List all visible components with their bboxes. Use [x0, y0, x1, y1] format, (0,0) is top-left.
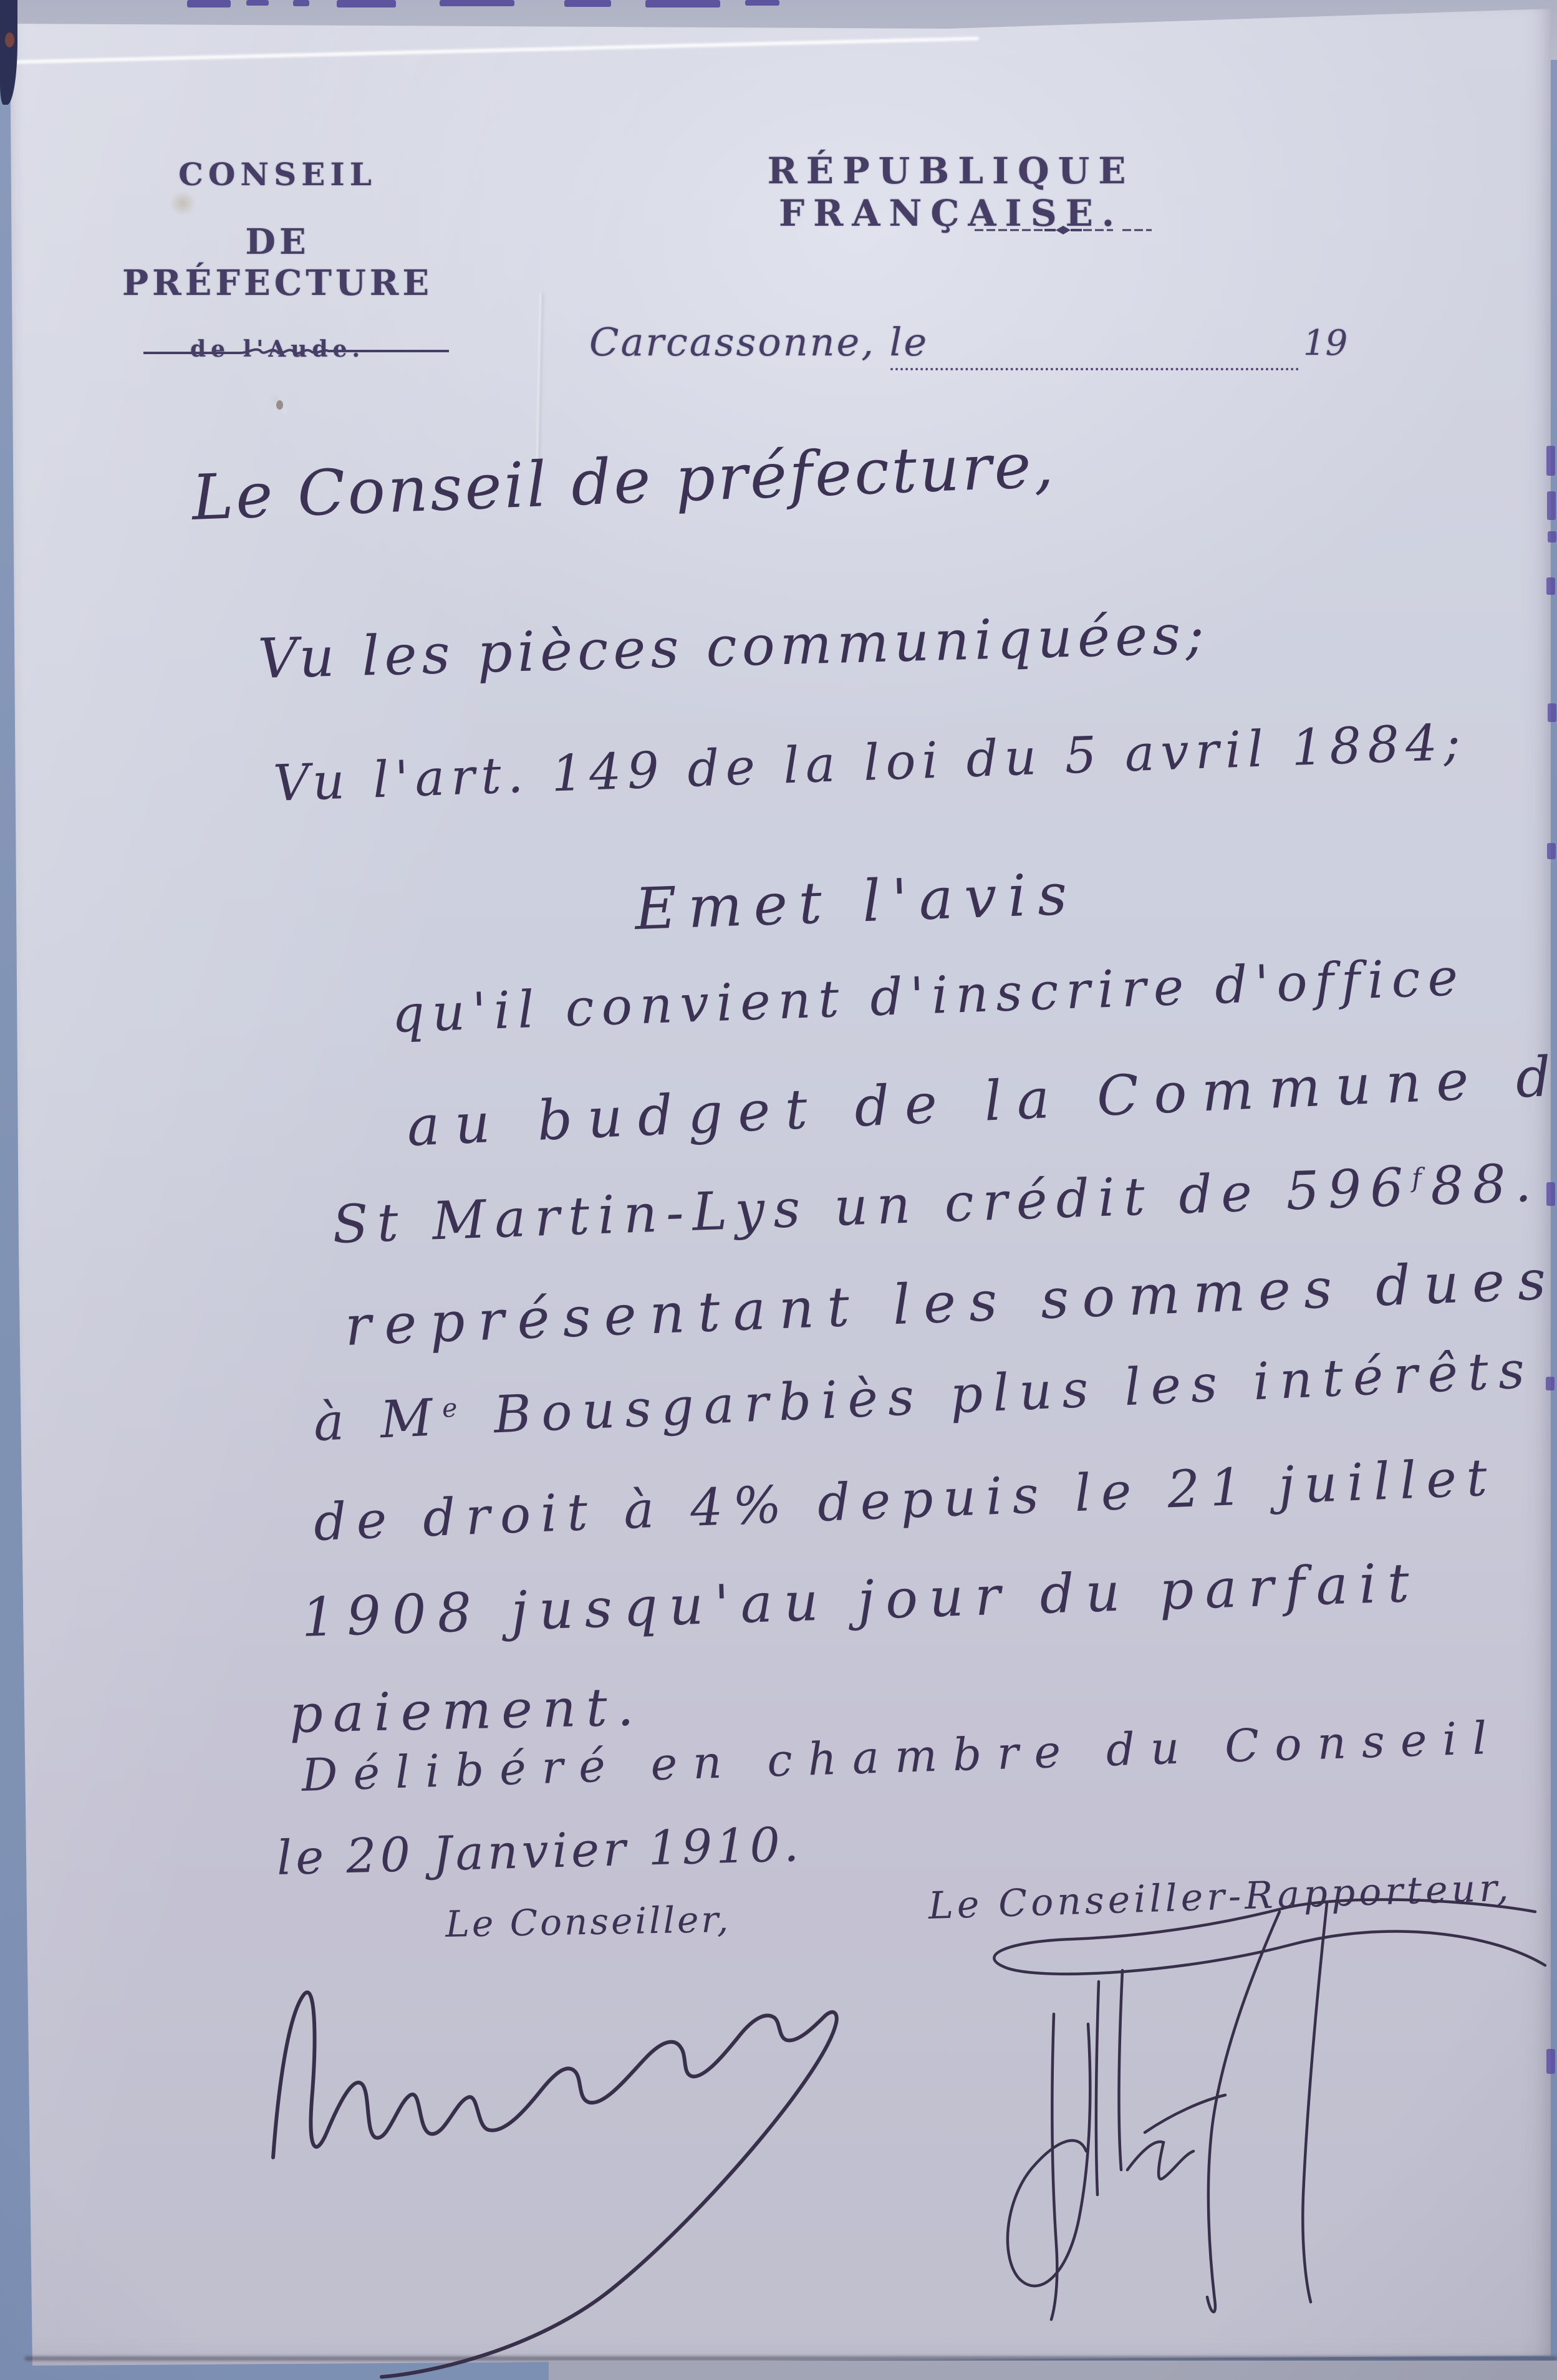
cutoff-print-fragment [293, 0, 309, 6]
dateline-dotted-rule [890, 335, 1299, 370]
cutoff-print-fragment [745, 0, 779, 6]
dateline-city-label: Carcassonne, le [589, 319, 928, 365]
cutoff-print-fragment [564, 0, 611, 7]
dateline-year-prefix: 19 [1303, 323, 1347, 364]
letterhead-republic-title: RÉPUBLIQUE FRANÇAISE. [592, 150, 1309, 234]
photograph: CONSEIL DE PRÉFECTURE de l'Aude. RÉPUBLI… [0, 0, 1557, 2380]
letterhead-council-line1: CONSEIL [100, 156, 455, 193]
bleed-through-mark [1546, 1182, 1555, 1206]
bleed-through-mark [1547, 843, 1556, 859]
handwriting-text: 88. [1429, 1152, 1541, 1216]
bleed-through-mark [1547, 491, 1556, 520]
left-signer-title: Le Conseiller, [445, 1898, 731, 1945]
republic-ornament-rule [970, 224, 1157, 236]
bleed-through-mark [1546, 1377, 1555, 1390]
cutoff-print-fragment [246, 0, 269, 6]
cutoff-print-fragment [645, 0, 720, 7]
handwriting-text: paiement. [289, 1676, 644, 1745]
pinhole-crease-mark [276, 400, 283, 410]
bleed-through-mark [1546, 577, 1555, 595]
letterhead-ornament-rule [140, 342, 452, 360]
paper-bottom-edge-shadow [25, 2356, 1557, 2361]
handwriting-line-paiement: paiement. [289, 1676, 644, 1745]
letterhead-council-line2: DE PRÉFECTURE [100, 221, 455, 304]
cutoff-print-fragment [440, 0, 514, 6]
handwriting-text: à M [312, 1388, 444, 1453]
surface-below-paper [549, 2361, 1557, 2380]
bleed-through-mark [1548, 703, 1556, 722]
cutoff-print-fragment [187, 0, 231, 7]
maitre-superscript: e [441, 1392, 468, 1424]
bleed-through-mark [1546, 446, 1555, 476]
cutoff-print-fragment [337, 0, 396, 7]
bleed-through-mark [1546, 2049, 1555, 2074]
bleed-through-mark [1548, 531, 1556, 542]
francs-superscript: f [1411, 1162, 1430, 1193]
letterhead-council-block: CONSEIL DE PRÉFECTURE de l'Aude. [100, 156, 455, 362]
red-ink-speck [5, 32, 14, 47]
